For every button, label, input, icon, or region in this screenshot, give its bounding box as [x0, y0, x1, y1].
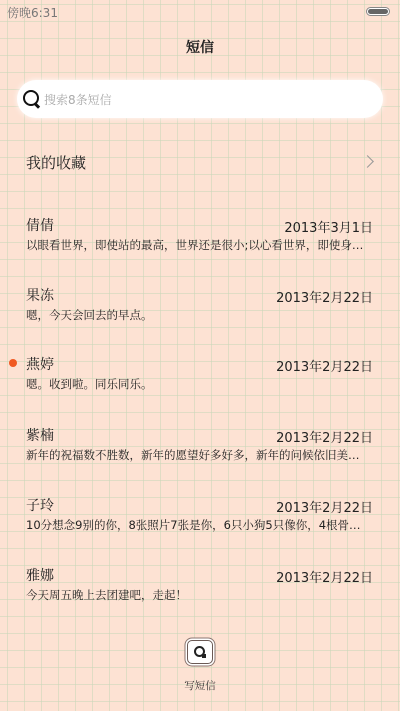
message-date: 2013年2月22日	[276, 427, 373, 446]
contact-name: 燕婷	[26, 354, 54, 374]
thread-item[interactable]: 燕婷 2013年2月22日 嗯。收到啦。同乐同乐。	[0, 354, 400, 398]
favorites-label: 我的收藏	[26, 152, 86, 173]
message-date: 2013年2月22日	[276, 287, 373, 306]
message-date: 2013年2月22日	[276, 567, 373, 586]
chat-bubble-icon	[194, 646, 205, 657]
search-input[interactable]: 搜索8条短信	[17, 80, 383, 118]
message-preview: 新年的祝福数不胜数，新年的愿望好多好多，新年的问候依旧美…	[26, 447, 376, 463]
contact-name: 雅娜	[26, 565, 54, 585]
message-date: 2013年2月22日	[276, 497, 373, 516]
message-preview: 嗯，今天会回去的早点。	[26, 307, 376, 323]
contact-name: 紫楠	[26, 425, 54, 445]
message-preview: 以眼看世界，即使站的最高，世界还是很小;以心看世界，即使身…	[26, 237, 376, 253]
message-date: 2013年2月22日	[276, 356, 373, 375]
thread-item[interactable]: 倩倩 2013年3月1日 以眼看世界，即使站的最高，世界还是很小;以心看世界，即…	[0, 215, 400, 259]
unread-indicator	[9, 359, 17, 367]
contact-name: 子玲	[26, 495, 54, 515]
thread-item[interactable]: 子玲 2013年2月22日 10分想念9别的你，8张照片7张是你，6只小狗5只像…	[0, 495, 400, 539]
message-preview: 今天周五晚上去团建吧，走起！	[26, 587, 376, 603]
thread-item[interactable]: 雅娜 2013年2月22日 今天周五晚上去团建吧，走起！	[0, 565, 400, 609]
battery-icon	[366, 7, 390, 16]
search-icon	[22, 89, 42, 109]
status-time: 傍晚6:31	[7, 4, 58, 21]
thread-item[interactable]: 紫楠 2013年2月22日 新年的祝福数不胜数，新年的愿望好多好多，新年的问候依…	[0, 425, 400, 469]
compose-label: 写短信	[170, 678, 230, 693]
message-date: 2013年3月1日	[284, 217, 373, 236]
message-preview: 嗯。收到啦。同乐同乐。	[26, 376, 376, 392]
thread-item[interactable]: 果冻 2013年2月22日 嗯，今天会回去的早点。	[0, 285, 400, 329]
status-bar: 傍晚6:31	[0, 0, 400, 24]
compose-button[interactable]: 写短信	[170, 638, 230, 688]
compose-message-icon	[187, 640, 213, 664]
chevron-right-icon	[361, 155, 374, 168]
contact-name: 倩倩	[26, 215, 54, 235]
favorites-row[interactable]: 我的收藏	[0, 148, 400, 176]
search-placeholder: 搜索8条短信	[44, 91, 112, 108]
contact-name: 果冻	[26, 285, 54, 305]
message-preview: 10分想念9别的你，8张照片7张是你，6只小狗5只像你，4根骨…	[26, 517, 376, 533]
battery-level	[368, 9, 388, 14]
page-title: 短信	[0, 37, 400, 57]
